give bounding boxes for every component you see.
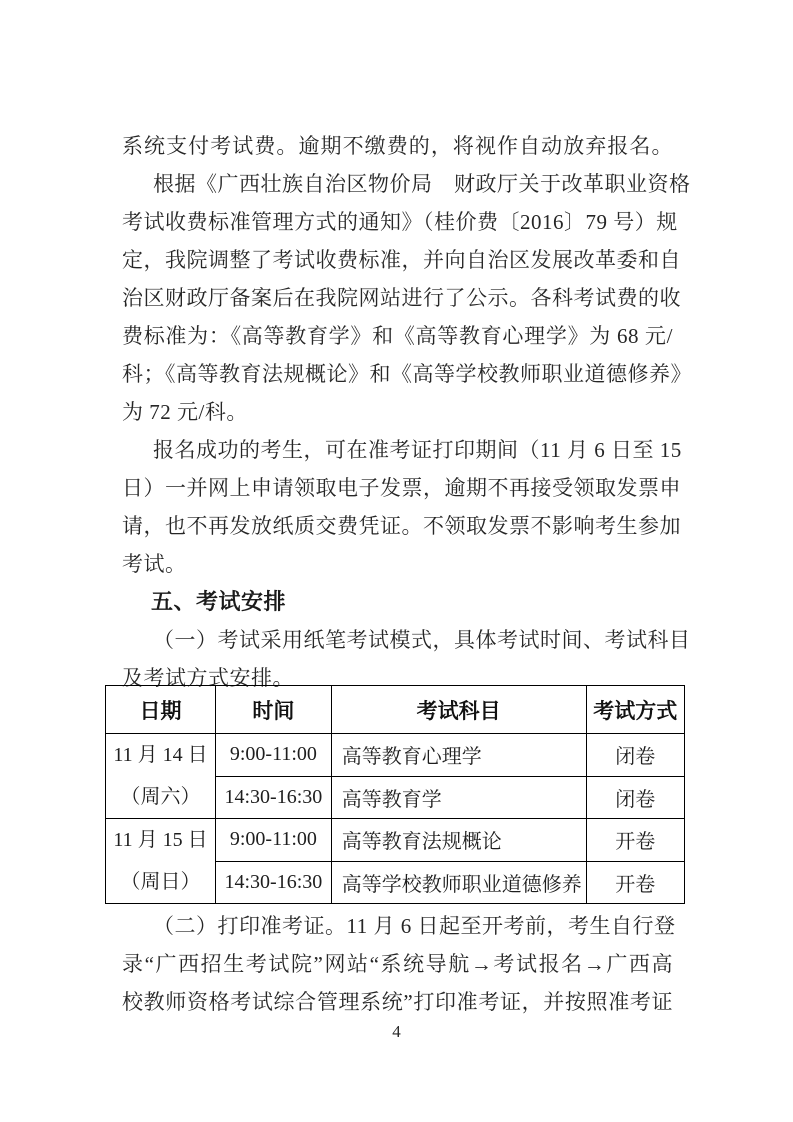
- text-line: 科；《高等教育法规概论》和《高等学校教师职业道德修养》: [122, 355, 673, 393]
- text-line: （二）打印准考证。11 月 6 日起至开考前，考生自行登: [122, 907, 673, 945]
- mode-cell: 闭卷: [586, 734, 684, 777]
- subject-cell: 高等教育法规概论: [331, 819, 586, 862]
- exam-schedule-table: 日期 时间 考试科目 考试方式 11 月 14 日 （周六） 9:00-11:0…: [105, 685, 685, 904]
- subject-cell: 高等学校教师职业道德修养: [331, 861, 586, 904]
- text-line: 费标准为：《高等教育学》和《高等教育心理学》为 68 元/: [122, 317, 673, 355]
- text-line: 请，也不再发放纸质交费凭证。不领取发票不影响考生参加: [122, 507, 673, 545]
- mode-cell: 开卷: [586, 861, 684, 904]
- text-line: 录“广西招生考试院”网站“系统导航→考试报名→广西高: [122, 945, 673, 983]
- text-line: 报名成功的考生，可在准考证打印期间（11 月 6 日至 15: [122, 431, 673, 469]
- body-text-after-table: （二）打印准考证。11 月 6 日起至开考前，考生自行登 录“广西招生考试院”网…: [122, 907, 673, 1021]
- body-text: 系统支付考试费。逾期不缴费的，将视作自动放弃报名。 根据《广西壮族自治区物价局 …: [122, 127, 673, 697]
- text-line: 为 72 元/科。: [122, 393, 673, 431]
- table-row: 11 月 14 日 （周六） 9:00-11:00 高等教育心理学 闭卷: [106, 734, 685, 777]
- page-number: 4: [0, 1022, 793, 1042]
- date-text: 11 月 15 日: [106, 819, 215, 861]
- mode-cell: 闭卷: [586, 776, 684, 819]
- col-header-date: 日期: [106, 686, 216, 734]
- text-line: 考试。: [122, 545, 673, 583]
- time-cell: 9:00-11:00: [216, 819, 332, 862]
- date-cell: 11 月 15 日 （周日）: [106, 819, 216, 904]
- text-line: 定，我院调整了考试收费标准，并向自治区发展改革委和自: [122, 241, 673, 279]
- mode-cell: 开卷: [586, 819, 684, 862]
- text-line: （一）考试采用纸笔考试模式，具体考试时间、考试科目: [122, 621, 673, 659]
- text-line: 系统支付考试费。逾期不缴费的，将视作自动放弃报名。: [122, 127, 673, 165]
- table-header-row: 日期 时间 考试科目 考试方式: [106, 686, 685, 734]
- time-cell: 9:00-11:00: [216, 734, 332, 777]
- text-line: 根据《广西壮族自治区物价局 财政厅关于改革职业资格: [122, 165, 673, 203]
- time-cell: 14:30-16:30: [216, 776, 332, 819]
- subject-cell: 高等教育学: [331, 776, 586, 819]
- weekday-text: （周六）: [106, 776, 215, 818]
- col-header-time: 时间: [216, 686, 332, 734]
- text-line: 考试收费标准管理方式的通知》（桂价费〔2016〕79 号）规: [122, 203, 673, 241]
- time-cell: 14:30-16:30: [216, 861, 332, 904]
- col-header-mode: 考试方式: [586, 686, 684, 734]
- date-cell: 11 月 14 日 （周六）: [106, 734, 216, 819]
- weekday-text: （周日）: [106, 861, 215, 903]
- text-line: 校教师资格考试综合管理系统”打印准考证，并按照准考证: [122, 983, 673, 1021]
- date-text: 11 月 14 日: [106, 734, 215, 776]
- section-heading-exam-arrangement: 五、考试安排: [122, 583, 673, 621]
- document-page: 系统支付考试费。逾期不缴费的，将视作自动放弃报名。 根据《广西壮族自治区物价局 …: [0, 0, 793, 1122]
- subject-cell: 高等教育心理学: [331, 734, 586, 777]
- text-line: 日）一并网上申请领取电子发票，逾期不再接受领取发票申: [122, 469, 673, 507]
- col-header-subject: 考试科目: [331, 686, 586, 734]
- table-row: 11 月 15 日 （周日） 9:00-11:00 高等教育法规概论 开卷: [106, 819, 685, 862]
- text-line: 治区财政厅备案后在我院网站进行了公示。各科考试费的收: [122, 279, 673, 317]
